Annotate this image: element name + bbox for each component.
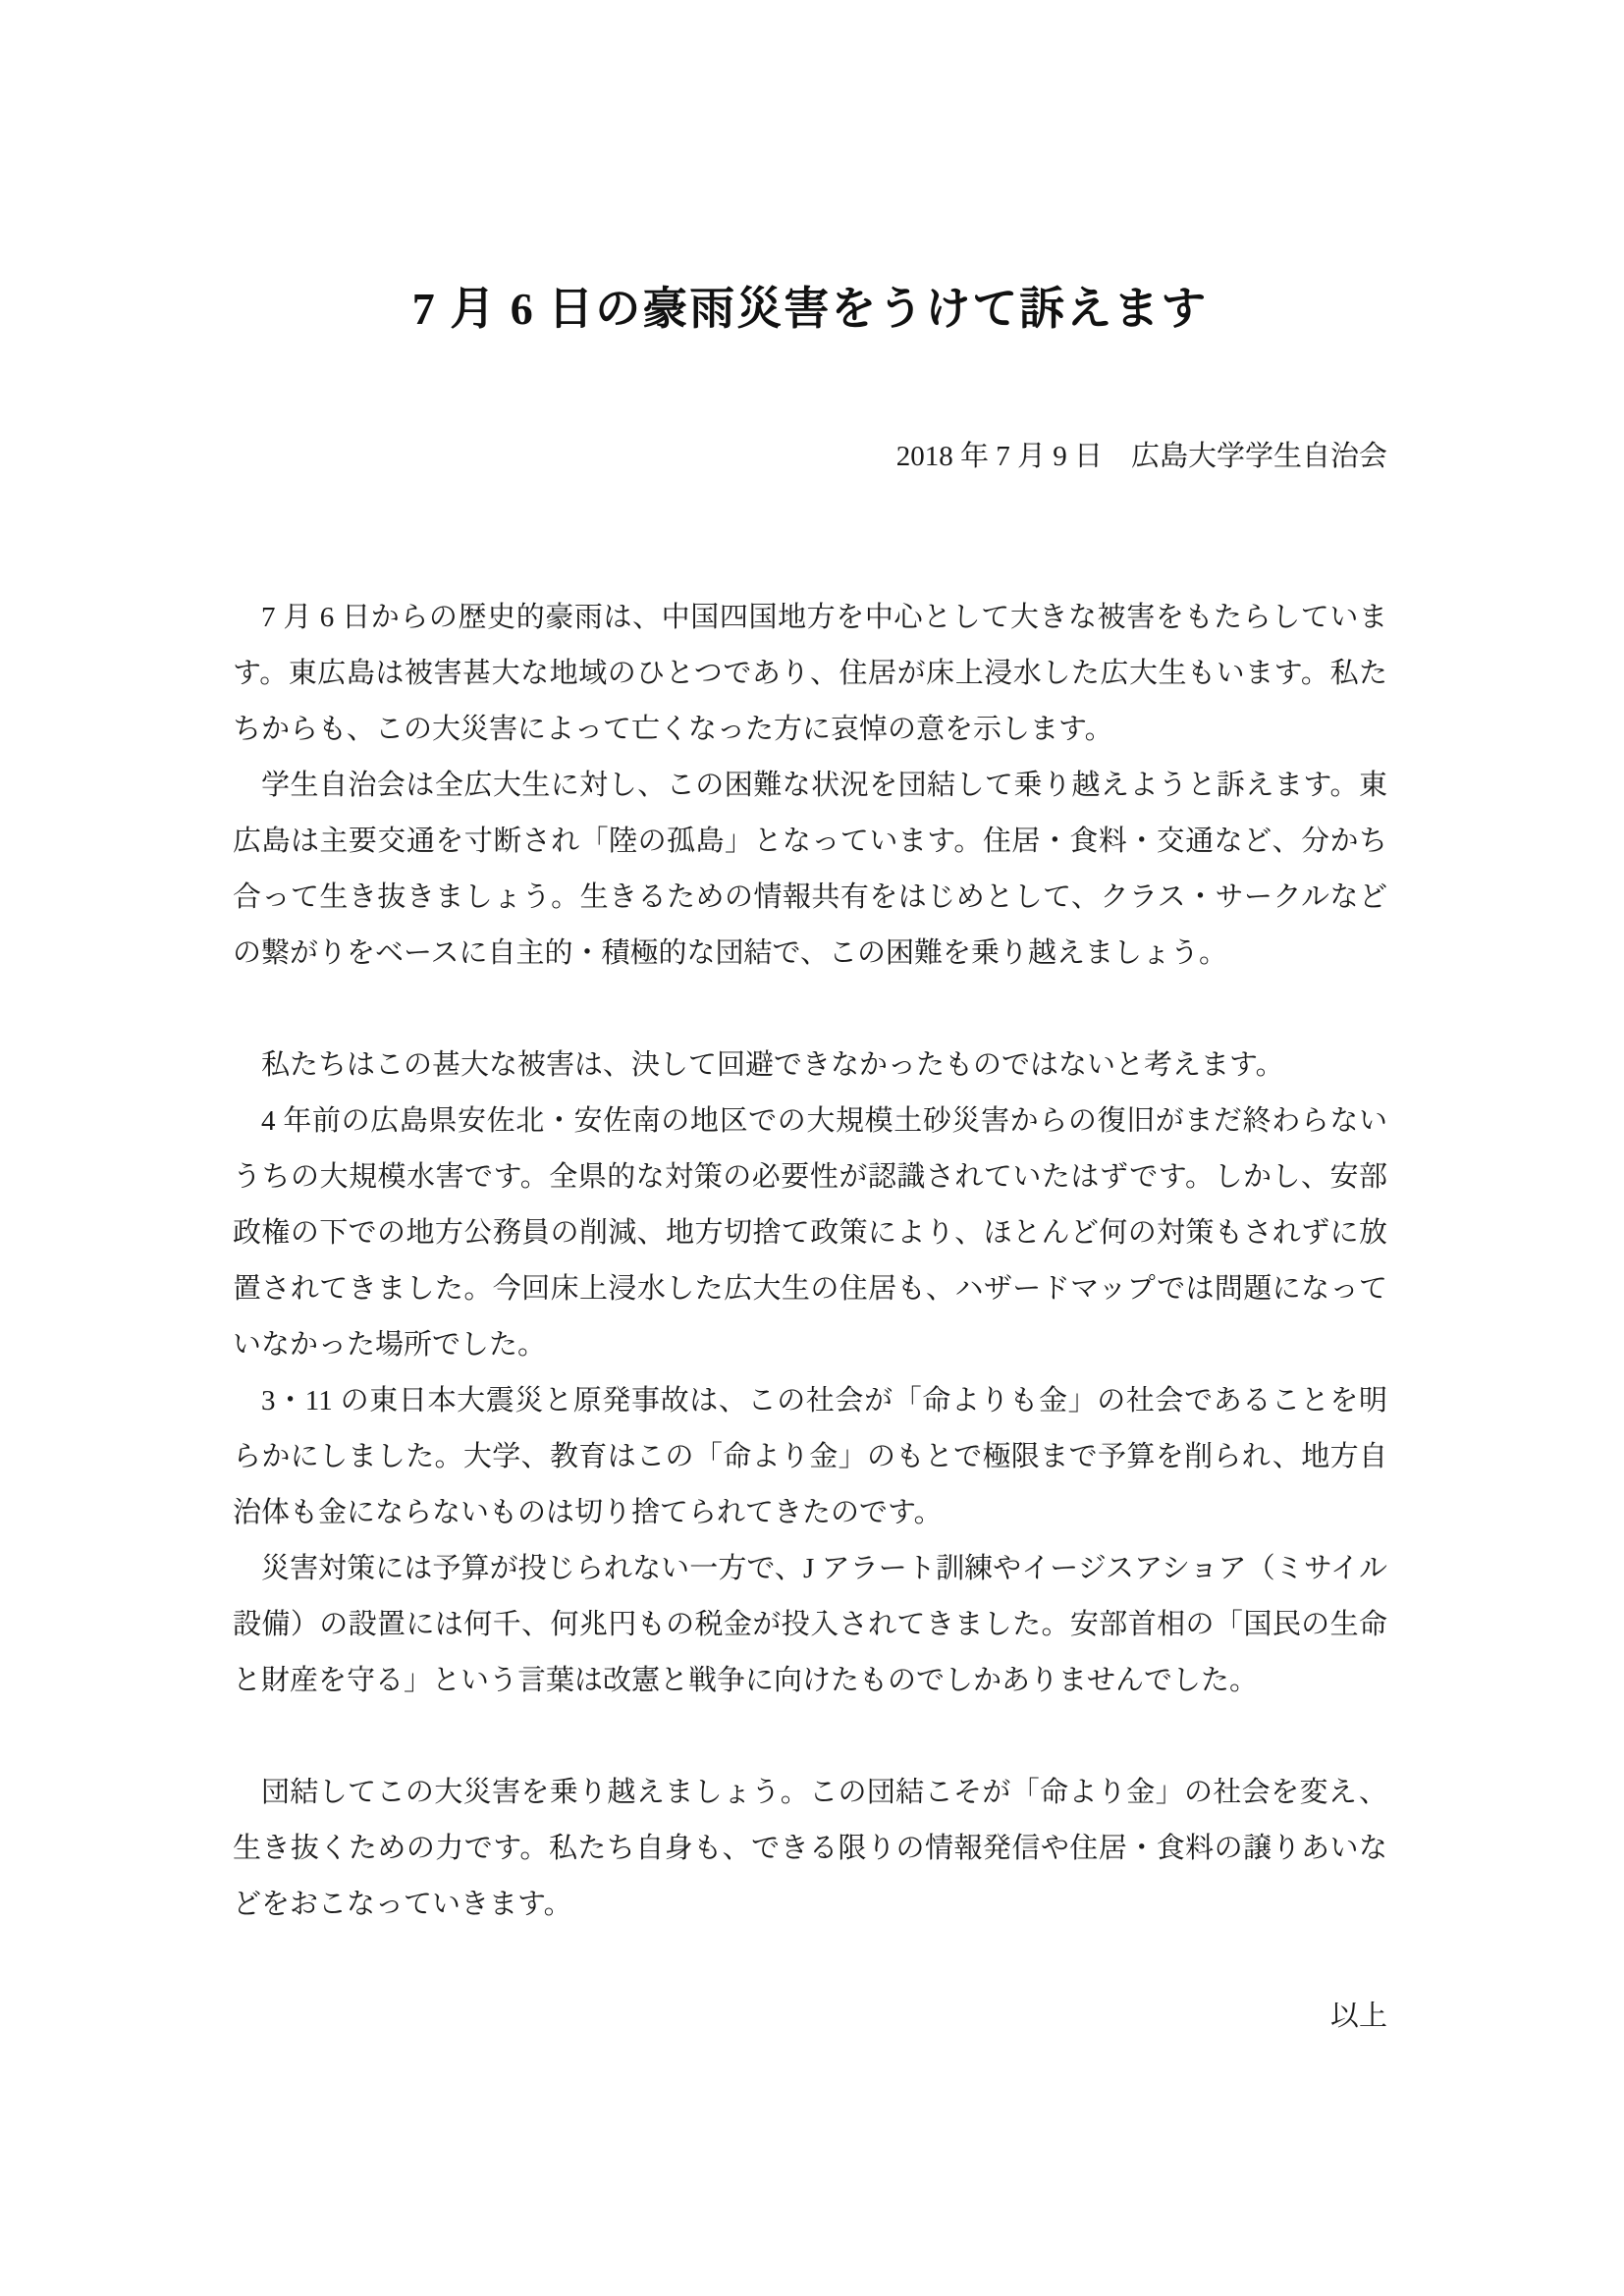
dateline: 2018 年 7 月 9 日 広島大学学生自治会: [233, 442, 1387, 472]
document-body: 7 月 6 日からの歴史的豪雨は、中国四国地方を中心として大きな被害をもたらして…: [233, 590, 1387, 2045]
document-title: 7 月 6 日の豪雨災害をうけて訴えます: [233, 286, 1387, 332]
paragraph-overcome-together: 団結してこの大災害を乗り越えましょう。この団結こそが「命より金」の社会を変え、生…: [233, 1765, 1387, 1933]
paragraph-four-years-ago: 4 年前の広島県安佐北・安佐南の地区での大規模土砂災害からの復旧がまだ終わらない…: [233, 1094, 1387, 1373]
document-page: 7 月 6 日の豪雨災害をうけて訴えます 2018 年 7 月 9 日 広島大学…: [0, 0, 1624, 2296]
paragraph-311: 3・11 の東日本大震災と原発事故は、この社会が「命よりも金」の社会であることを…: [233, 1373, 1387, 1541]
paragraph-appeal-unite: 学生自治会は全広大生に対し、この困難な状況を団結して乗り越えようと訴えます。東広…: [233, 758, 1387, 982]
paragraph-disaster-budget: 災害対策には予算が投じられない一方で、J アラート訓練やイージスアショア（ミサイ…: [233, 1541, 1387, 1709]
paragraph-not-unavoidable: 私たちはこの甚大な被害は、決して回避できなかったものではないと考えます。: [233, 1038, 1387, 1094]
paragraph-historic-rain: 7 月 6 日からの歴史的豪雨は、中国四国地方を中心として大きな被害をもたらして…: [233, 590, 1387, 758]
closing-mark: 以上: [233, 1989, 1387, 2045]
